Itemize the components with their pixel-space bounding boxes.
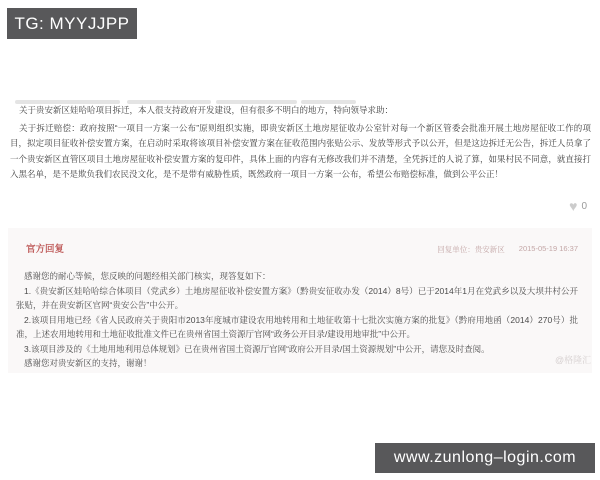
url-watermark-badge: www.zunlong–login.com <box>375 443 595 473</box>
reply-header: 官方回复 回复单位：贵安新区 2015-05-19 16:37 <box>8 228 592 255</box>
reply-paragraph: 1.《贵安新区娃哈哈综合体项目（党武乡）土地房屋征收补偿安置方案》（黔贵安征收办… <box>16 284 578 313</box>
reply-unit: 回复单位：贵安新区 <box>437 244 505 255</box>
reply-title: 官方回复 <box>26 241 64 255</box>
reply-paragraph: 感谢您的耐心等候，您反映的问题经相关部门核实，现答复如下： <box>16 269 578 284</box>
like-control[interactable]: ♥ 0 <box>569 199 587 213</box>
reply-body: 感谢您的耐心等候，您反映的问题经相关部门核实，现答复如下： 1.《贵安新区娃哈哈… <box>8 269 592 371</box>
question-paragraph: 关于贵安新区娃哈哈项目拆迁，本人很支持政府开发建设，但有很多不明白的地方，特向领… <box>10 103 591 119</box>
reply-paragraph: 感谢您对贵安新区的支持，谢谢！ <box>16 356 578 371</box>
reply-paragraph: 2.该项目用地已经《省人民政府关于贵阳市2013年度城市建设农用地转用和土地征收… <box>16 313 578 342</box>
question-body: 关于贵安新区娃哈哈项目拆迁，本人很支持政府开发建设，但有很多不明白的地方，特向领… <box>10 103 591 183</box>
url-watermark-text: www.zunlong–login.com <box>394 449 576 467</box>
official-reply-panel: 官方回复 回复单位：贵安新区 2015-05-19 16:37 感谢您的耐心等候… <box>8 228 592 373</box>
reply-meta: 回复单位：贵安新区 2015-05-19 16:37 <box>437 244 578 255</box>
source-watermark: @格隆汇 <box>555 353 591 366</box>
like-count: 0 <box>581 201 587 212</box>
heart-icon[interactable]: ♥ <box>569 199 577 213</box>
reply-timestamp: 2015-05-19 16:37 <box>519 244 578 255</box>
telegram-watermark-text: TG: MYYJJPP <box>14 14 129 34</box>
telegram-watermark-badge: TG: MYYJJPP <box>7 8 137 39</box>
question-paragraph: 关于拆迁赔偿：政府按照“一项目一方案一公布”原则组织实施，即贵安新区土地房屋征收… <box>10 121 591 183</box>
reply-paragraph: 3.该项目涉及的《土地用地利用总体规划》已在贵州省国土资源厅官网“政府公开目录/… <box>16 342 578 357</box>
